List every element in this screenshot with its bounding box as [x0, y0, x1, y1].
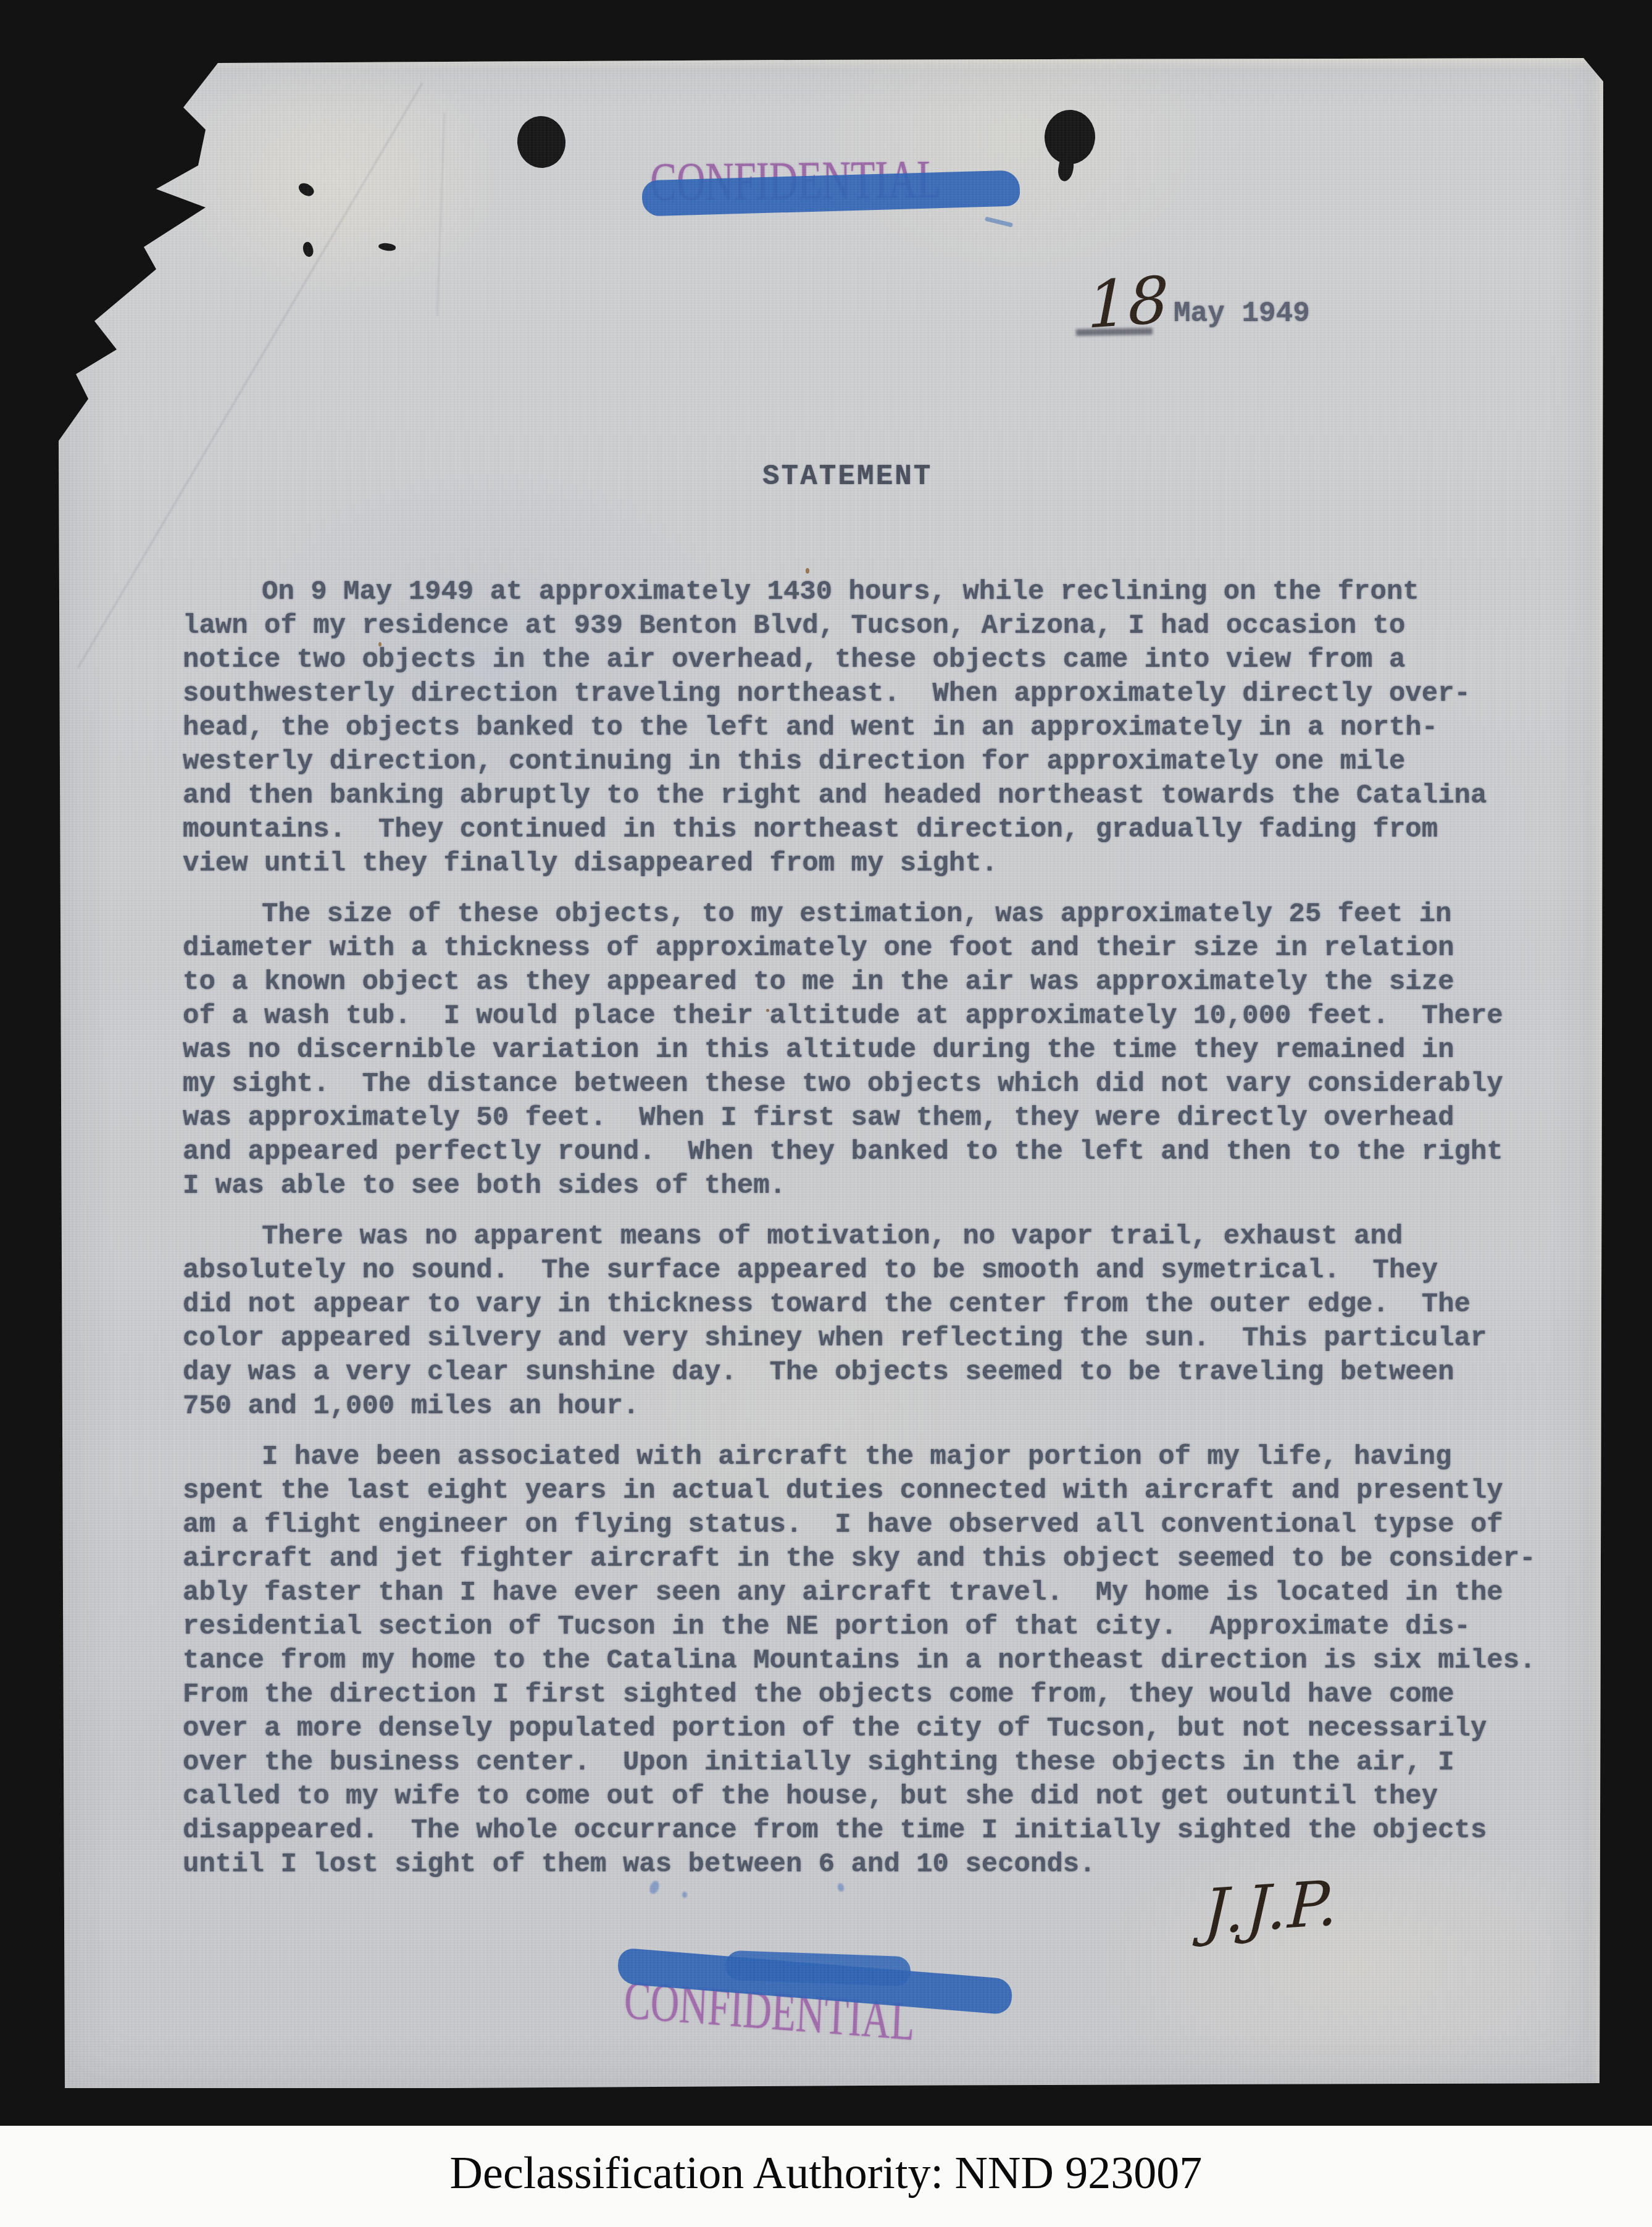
punch-hole-left [515, 114, 568, 170]
signature-initials: J.J.P. [1203, 1872, 1340, 1944]
punch-hole-right [1043, 108, 1097, 166]
statement-body: On 9 May 1949 at approximately 1430 hour… [183, 575, 1550, 1899]
marker-fringe [985, 217, 1013, 228]
scan-background: { "colors": { "scan_background": "#13131… [0, 0, 1652, 2227]
statement-paragraph-2: The size of these objects, to my estimat… [183, 898, 1550, 1203]
tear-speck [378, 242, 396, 253]
document-paper: CONFIDENTIAL 18 May 1949 STATEMENT On 9 … [59, 58, 1603, 2088]
crease-line [436, 112, 445, 316]
handwritten-day: 18 [1087, 267, 1169, 337]
tear-speck [301, 241, 315, 258]
statement-paragraph-4: I have been associated with aircraft the… [183, 1440, 1550, 1882]
ink-smudge-blue [682, 1892, 687, 1898]
statement-title: STATEMENT [762, 461, 932, 493]
tear-speck [296, 180, 315, 199]
typed-date: May 1949 [1174, 298, 1310, 330]
statement-paragraph-3: There was no apparent means of motivatio… [183, 1220, 1550, 1424]
declassification-footer: Declassification Authority: NND 923007 [0, 2126, 1652, 2227]
statement-paragraph-1: On 9 May 1949 at approximately 1430 hour… [183, 575, 1550, 881]
rust-speck [806, 568, 809, 574]
declassification-footer-text: Declassification Authority: NND 923007 [450, 2147, 1203, 2200]
